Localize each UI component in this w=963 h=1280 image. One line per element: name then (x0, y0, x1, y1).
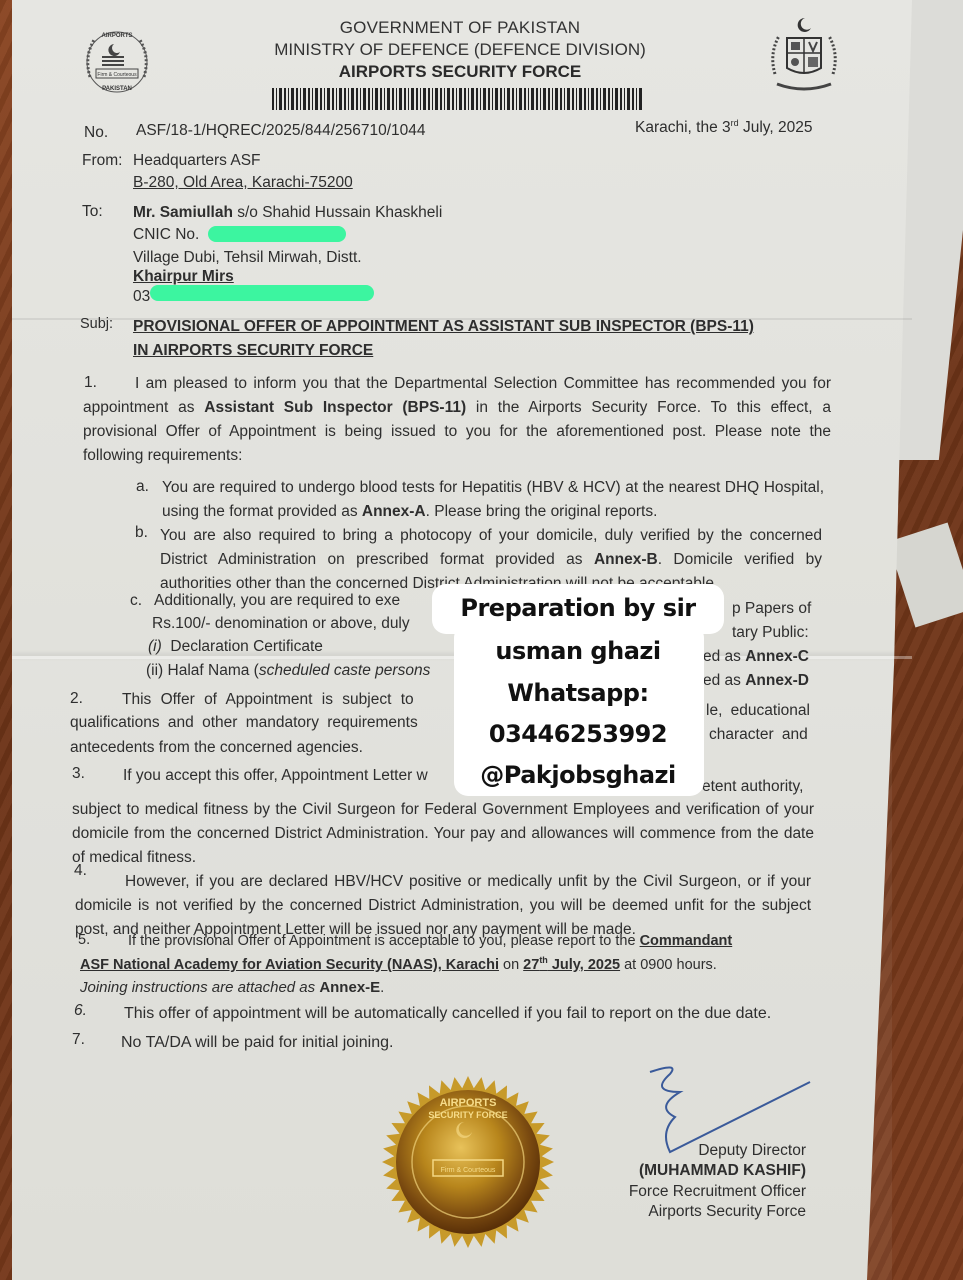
para-2-line-1: This Offer of Appointment is subject to (122, 691, 414, 709)
cnic-label: CNIC No. (133, 226, 199, 244)
signatory-name: (MUHAMMAD KASHIF) (606, 1162, 806, 1180)
svg-text:AIRPORTS: AIRPORTS (101, 33, 132, 39)
overlay-handle: @Pakjobsghazi (432, 761, 724, 789)
letterhead-line-2: MINISTRY OF DEFENCE (DEFENCE DIVISION) (250, 40, 670, 60)
para-3-line-1: If you accept this offer, Appointment Le… (123, 767, 428, 785)
req-c-line-1-right: p Papers of (732, 600, 811, 618)
date-rest: July, 2025 (739, 119, 813, 136)
redaction-cnic (208, 226, 346, 242)
paragraph-6: This offer of appointment will be automa… (124, 1005, 771, 1023)
recipient-address: Village Dubi, Tehsil Mirwah, Distt. (133, 249, 362, 267)
req-c-line-2: Rs.100/- denomination or above, duly (152, 615, 410, 633)
req-c-letter: c. (130, 592, 142, 610)
paragraph-1: I am pleased to inform you that the Depa… (83, 372, 831, 468)
item-i-annex: Annex-C (745, 648, 809, 665)
para-2-line-2: qualifications and other mandatory requi… (70, 714, 418, 732)
offer-letter-document: Firm & Courteous AIRPORTS PAKISTAN GOVER… (0, 0, 963, 1280)
joining-instructions-text: Joining instructions are attached as (80, 979, 319, 996)
recipient-name: Mr. Samiullah s/o Shahid Hussain Khaskhe… (133, 204, 442, 222)
para-5-academy: ASF National Academy for Aviation Securi… (80, 957, 499, 973)
signatory-designation: Deputy Director (632, 1142, 806, 1160)
item-ii-number: (ii) (146, 662, 163, 679)
from-address: B-280, Old Area, Karachi-75200 (133, 174, 353, 192)
req-c-line-2-right: tary Public: (732, 624, 809, 642)
item-i-text: Declaration Certificate (170, 638, 322, 655)
para-5-line-1: If the provisional Offer of Appointment … (128, 933, 732, 949)
date-sup: th (539, 955, 548, 965)
reference-label: No. (84, 124, 108, 142)
barcode (272, 88, 642, 110)
signatory-org: Airports Security Force (596, 1203, 806, 1221)
svg-text:Firm & Courteous: Firm & Courteous (441, 1167, 496, 1174)
para-3-rest: subject to medical fitness by the Civil … (72, 798, 814, 870)
req-a-text-b: . Please bring the original reports. (426, 503, 658, 520)
para-5-date: 27th July, 2025 (523, 957, 620, 973)
phone-prefix: 03 (133, 288, 150, 306)
overlay-phone: 03446253992 (432, 720, 724, 748)
letterhead-line-3: AIRPORTS SECURITY FORCE (250, 62, 670, 82)
req-c-item-ii: (ii) Halaf Nama (scheduled caste persons (146, 662, 430, 680)
from-label: From: (82, 152, 122, 170)
svg-text:Firm & Courteous: Firm & Courteous (97, 72, 137, 78)
state-emblem-icon (765, 14, 843, 104)
req-c-line-1: Additionally, you are required to exe (154, 592, 400, 610)
recipient-relation: s/o Shahid Hussain Khaskheli (233, 204, 442, 221)
overlay-line-3: Whatsapp: (432, 679, 724, 707)
para-1-post: Assistant Sub Inspector (BPS-11) (204, 399, 466, 416)
para-7-number: 7. (72, 1031, 85, 1049)
subject-label: Subj: (80, 316, 113, 332)
req-b-letter: b. (135, 524, 148, 542)
para-5-commandant: Commandant (640, 933, 733, 949)
paragraph-4: However, if you are declared HBV/HCV pos… (75, 870, 811, 942)
recipient-district: Khairpur Mirs (133, 268, 234, 286)
date-day: 27 (523, 957, 539, 973)
item-ii-annex: Annex-D (745, 672, 809, 689)
requirement-a: You are required to undergo blood tests … (162, 476, 824, 524)
req-a-letter: a. (136, 478, 149, 496)
svg-text:PAKISTAN: PAKISTAN (102, 86, 132, 92)
annex-e: Annex-E (319, 979, 380, 996)
recipient-name-bold: Mr. Samiullah (133, 204, 233, 221)
subject-line-2: IN AIRPORTS SECURITY FORCE (133, 342, 373, 360)
para-5-number: 5. (78, 932, 90, 948)
para-5-on: on (499, 957, 523, 973)
para-2-line-3: antecedents from the concerned agencies. (70, 739, 363, 757)
para-5-end: . (380, 979, 384, 996)
svg-text:AIRPORTS: AIRPORTS (440, 1097, 497, 1109)
req-c-item-i: (i) Declaration Certificate (148, 638, 323, 656)
paragraph-7: No TA/DA will be paid for initial joinin… (121, 1034, 393, 1052)
date-prefix: Karachi, the 3 (635, 119, 731, 136)
date-suffix: rd (731, 118, 739, 128)
overlay-line-1: Preparation by sir (432, 594, 724, 622)
gold-seal-icon: AIRPORTS SECURITY FORCE Firm & Courteous (378, 1062, 558, 1262)
asf-logo-icon: Firm & Courteous AIRPORTS PAKISTAN (78, 22, 156, 104)
para-5-line-3: Joining instructions are attached as Ann… (80, 979, 384, 996)
svg-text:SECURITY FORCE: SECURITY FORCE (428, 1110, 507, 1120)
item-i-number: (i) (148, 638, 162, 655)
req-a-annex: Annex-A (362, 503, 426, 520)
item-ii-italic: scheduled caste persons (259, 662, 430, 679)
date-rest: July, 2025 (548, 957, 620, 973)
redaction-phone (150, 285, 374, 301)
letterhead: GOVERNMENT OF PAKISTAN MINISTRY OF DEFEN… (250, 18, 670, 82)
req-b-annex: Annex-B (594, 551, 658, 568)
para-5-line-2: ASF National Academy for Aviation Securi… (80, 955, 717, 973)
para-3-number: 3. (72, 765, 85, 783)
para-5-text-a: If the provisional Offer of Appointment … (128, 933, 640, 949)
to-label: To: (82, 203, 103, 221)
from-line-1: Headquarters ASF (133, 152, 261, 170)
para-2-number: 2. (70, 690, 83, 708)
overlay-line-2: usman ghazi (432, 637, 724, 665)
item-ii-text: Halaf Nama ( (168, 662, 259, 679)
reference-number: ASF/18-1/HQREC/2025/844/256710/1044 (136, 122, 426, 140)
letter-date: Karachi, the 3rd July, 2025 (635, 118, 813, 137)
letterhead-line-1: GOVERNMENT OF PAKISTAN (250, 18, 670, 38)
promo-overlay: Preparation by sir usman ghazi Whatsapp:… (432, 584, 722, 796)
subject-line-1: PROVISIONAL OFFER OF APPOINTMENT AS ASSI… (133, 318, 754, 336)
para-6-number: 6. (74, 1002, 87, 1020)
para-5-time: at 0900 hours. (620, 957, 717, 973)
signatory-title: Force Recruitment Officer (596, 1183, 806, 1201)
